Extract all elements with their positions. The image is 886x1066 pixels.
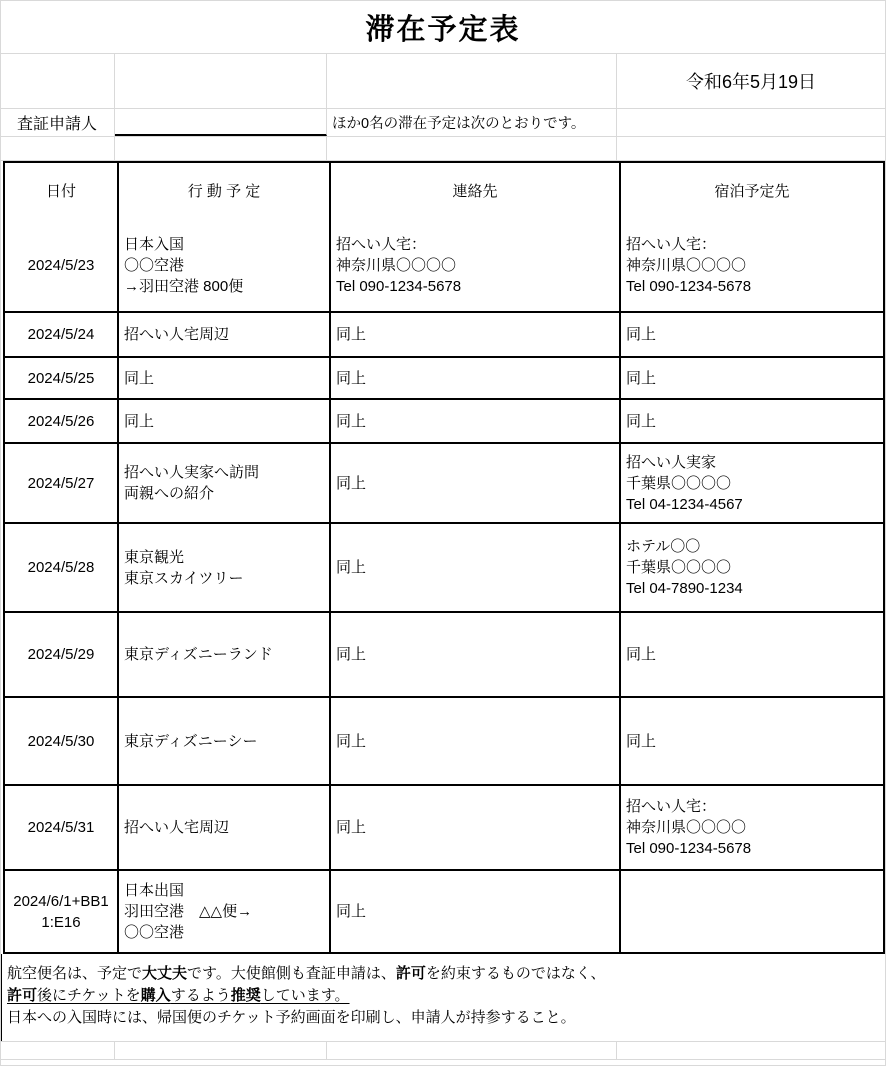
cell-stay: 招へい人宅：神奈川県〇〇〇〇Tel 090-1234-5678 bbox=[619, 786, 883, 869]
cell-line: 同上 bbox=[336, 324, 366, 345]
cell-line: 2024/5/31 bbox=[28, 817, 95, 838]
empty-cell bbox=[617, 1042, 885, 1059]
title-row: 滞在予定表 bbox=[1, 1, 885, 54]
footer-segment: 購入 bbox=[141, 987, 171, 1004]
empty-cell bbox=[327, 1042, 617, 1059]
cell-line: 同上 bbox=[626, 644, 656, 665]
cell-line: 同上 bbox=[124, 411, 154, 432]
cell-action: 東京ディズニーランド bbox=[117, 613, 329, 696]
table-row: 2024/5/30東京ディズニーシー同上同上 bbox=[5, 696, 883, 784]
applicant-name-field bbox=[115, 109, 327, 136]
empty-cell bbox=[327, 54, 617, 108]
table-header-row: 日付 行 動 予 定 連絡先 宿泊予定先 bbox=[5, 163, 883, 220]
table-row: 2024/5/28東京観光東京スカイツリー同上ホテル〇〇千葉県〇〇〇〇Tel 0… bbox=[5, 522, 883, 611]
table-row: 2024/5/24招へい人宅周辺同上同上 bbox=[5, 311, 883, 356]
cell-line: 2024/5/23 bbox=[28, 255, 95, 276]
cell-action: 日本出国羽田空港 △△便→〇〇空港 bbox=[117, 871, 329, 952]
footer-segment: 日本への入国時には、帰国便のチケット予約画面を印刷し、申請人が持参すること。 bbox=[7, 1009, 576, 1026]
cell-line: 同上 bbox=[336, 731, 366, 752]
cell-line: 同上 bbox=[124, 368, 154, 389]
cell-contact: 同上 bbox=[329, 313, 619, 356]
cell-stay: 同上 bbox=[619, 698, 883, 784]
cell-line: 2024/5/24 bbox=[28, 324, 95, 345]
cell-line: 東京スカイツリー bbox=[124, 568, 244, 589]
footer-segment: しています。 bbox=[261, 987, 350, 1004]
cell-action: 招へい人実家へ訪問両親への紹介 bbox=[117, 444, 329, 522]
table-row: 2024/5/27招へい人実家へ訪問両親への紹介同上招へい人実家千葉県〇〇〇〇T… bbox=[5, 442, 883, 522]
cell-line: 東京ディズニーシー bbox=[124, 731, 258, 752]
cell-line: 同上 bbox=[626, 411, 656, 432]
footer-line: 許可後にチケットを購入するよう推奨しています。 bbox=[7, 985, 881, 1007]
bottom-strip bbox=[1, 1041, 885, 1060]
footer-segment: するよう bbox=[171, 987, 231, 1004]
cell-contact: 同上 bbox=[329, 358, 619, 398]
cell-line: 神奈川県〇〇〇〇 bbox=[626, 817, 746, 838]
cell-line: 2024/5/28 bbox=[28, 557, 95, 578]
footer-segment: 後にチケットを bbox=[37, 987, 141, 1004]
cell-stay: 同上 bbox=[619, 400, 883, 442]
cell-line: 招へい人宅： bbox=[336, 234, 426, 255]
cell-line: 〇〇空港 bbox=[124, 255, 184, 276]
cell-date: 2024/5/24 bbox=[5, 313, 117, 356]
table-row: 2024/6/1+BB11:E16日本出国羽田空港 △△便→〇〇空港同上 bbox=[5, 869, 883, 952]
cell-line: Tel 090-1234-5678 bbox=[336, 276, 461, 297]
cell-stay: 招へい人実家千葉県〇〇〇〇Tel 04-1234-4567 bbox=[619, 444, 883, 522]
cell-action: 招へい人宅周辺 bbox=[117, 313, 329, 356]
cell-date: 2024/5/25 bbox=[5, 358, 117, 398]
empty-cell bbox=[1, 1042, 115, 1059]
cell-line: 同上 bbox=[626, 324, 656, 345]
cell-line: 招へい人宅周辺 bbox=[124, 817, 229, 838]
cell-line: 日本出国 bbox=[124, 880, 184, 901]
issue-date-row: 令和6年5月19日 bbox=[1, 54, 885, 109]
cell-date: 2024/5/27 bbox=[5, 444, 117, 522]
cell-date: 2024/5/28 bbox=[5, 524, 117, 611]
header-cell-contact: 連絡先 bbox=[329, 163, 619, 220]
table-row: 2024/5/26同上同上同上 bbox=[5, 398, 883, 442]
cell-stay: 同上 bbox=[619, 313, 883, 356]
cell-line: 同上 bbox=[626, 731, 656, 752]
cell-line: 〇〇空港 bbox=[124, 922, 184, 943]
cell-line: 同上 bbox=[336, 368, 366, 389]
empty-cell bbox=[115, 54, 327, 108]
cell-stay: ホテル〇〇千葉県〇〇〇〇Tel 04-7890-1234 bbox=[619, 524, 883, 611]
cell-line: 神奈川県〇〇〇〇 bbox=[626, 255, 746, 276]
cell-date: 2024/5/30 bbox=[5, 698, 117, 784]
footer-segment: 許可 bbox=[396, 965, 426, 982]
empty-cell bbox=[617, 109, 885, 136]
cell-line: 招へい人宅： bbox=[626, 234, 716, 255]
empty-cell bbox=[1, 54, 115, 108]
cell-contact: 招へい人宅：神奈川県〇〇〇〇Tel 090-1234-5678 bbox=[329, 220, 619, 311]
cell-date: 2024/5/29 bbox=[5, 613, 117, 696]
cell-stay bbox=[619, 871, 883, 952]
cell-contact: 同上 bbox=[329, 400, 619, 442]
applicant-row: 査証申請人 ほか0名の滞在予定は次のとおりです。 bbox=[1, 109, 885, 136]
footer-segment: 大丈夫 bbox=[142, 965, 187, 982]
cell-line: 2024/5/29 bbox=[28, 644, 95, 665]
footer-segment: 許可 bbox=[7, 987, 37, 1004]
cell-stay: 同上 bbox=[619, 613, 883, 696]
cell-date: 2024/5/26 bbox=[5, 400, 117, 442]
cell-contact: 同上 bbox=[329, 613, 619, 696]
cell-line: 同上 bbox=[336, 644, 366, 665]
table-row: 2024/5/25同上同上同上 bbox=[5, 356, 883, 398]
cell-line: 東京ディズニーランド bbox=[124, 644, 273, 665]
footer-segment: です。大使館側も査証申請は、 bbox=[187, 965, 396, 982]
empty-cell bbox=[115, 137, 327, 160]
issue-date: 令和6年5月19日 bbox=[617, 54, 885, 108]
schedule-table: 日付 行 動 予 定 連絡先 宿泊予定先 2024/5/23日本入国〇〇空港→羽… bbox=[3, 161, 885, 954]
applicant-label: 査証申請人 bbox=[1, 109, 115, 136]
cell-action: 同上 bbox=[117, 358, 329, 398]
cell-line: Tel 090-1234-5678 bbox=[626, 838, 751, 859]
footer-segment: 航空便名は、予定で bbox=[7, 965, 142, 982]
empty-cell bbox=[327, 137, 617, 160]
cell-line: 神奈川県〇〇〇〇 bbox=[336, 255, 456, 276]
cell-contact: 同上 bbox=[329, 444, 619, 522]
cell-line: 日本入国 bbox=[124, 234, 184, 255]
cell-line: 両親への紹介 bbox=[124, 483, 214, 504]
footer-segment: を約束するものではなく、 bbox=[426, 965, 606, 982]
footer-line: 航空便名は、予定で大丈夫です。大使館側も査証申請は、許可を約束するものではなく、 bbox=[7, 963, 881, 985]
header-cell-action: 行 動 予 定 bbox=[117, 163, 329, 220]
cell-date: 2024/5/31 bbox=[5, 786, 117, 869]
table-body: 2024/5/23日本入国〇〇空港→羽田空港 800便招へい人宅：神奈川県〇〇〇… bbox=[5, 220, 883, 952]
cell-line: Tel 090-1234-5678 bbox=[626, 276, 751, 297]
header-cell-stay: 宿泊予定先 bbox=[619, 163, 883, 220]
cell-line: 招へい人実家へ訪問 bbox=[124, 462, 259, 483]
cell-line: Tel 04-1234-4567 bbox=[626, 494, 743, 515]
cell-line: 2024/5/27 bbox=[28, 473, 95, 494]
cell-line: ホテル〇〇 bbox=[626, 536, 700, 557]
cell-contact: 同上 bbox=[329, 786, 619, 869]
cell-action: 同上 bbox=[117, 400, 329, 442]
cell-action: 東京ディズニーシー bbox=[117, 698, 329, 784]
empty-cell bbox=[115, 1042, 327, 1059]
cell-action: 日本入国〇〇空港→羽田空港 800便 bbox=[117, 220, 329, 311]
footer-segment: 推奨 bbox=[231, 987, 261, 1004]
cell-line: 同上 bbox=[336, 901, 366, 922]
cell-line: 2024/5/26 bbox=[28, 411, 95, 432]
cell-line: 同上 bbox=[336, 817, 366, 838]
spacer-row bbox=[1, 136, 885, 161]
cell-contact: 同上 bbox=[329, 698, 619, 784]
cell-line: 2024/6/1+BB1 bbox=[13, 891, 109, 912]
cell-line: 千葉県〇〇〇〇 bbox=[626, 473, 731, 494]
cell-contact: 同上 bbox=[329, 524, 619, 611]
table-row: 2024/5/23日本入国〇〇空港→羽田空港 800便招へい人宅：神奈川県〇〇〇… bbox=[5, 220, 883, 311]
cell-contact: 同上 bbox=[329, 871, 619, 952]
empty-cell bbox=[1, 137, 115, 160]
cell-date: 2024/5/23 bbox=[5, 220, 117, 311]
page-title: 滞在予定表 bbox=[365, 7, 520, 48]
header-cell-date: 日付 bbox=[5, 163, 117, 220]
cell-stay: 招へい人宅：神奈川県〇〇〇〇Tel 090-1234-5678 bbox=[619, 220, 883, 311]
cell-line: →羽田空港 800便 bbox=[124, 276, 243, 297]
cell-line: 羽田空港 △△便→ bbox=[124, 901, 252, 922]
cell-action: 招へい人宅周辺 bbox=[117, 786, 329, 869]
cell-line: 1:E16 bbox=[41, 912, 80, 933]
cell-line: Tel 04-7890-1234 bbox=[626, 578, 743, 599]
cell-line: 2024/5/30 bbox=[28, 731, 95, 752]
cell-line: 招へい人宅周辺 bbox=[124, 324, 229, 345]
stay-schedule-sheet: 滞在予定表 令和6年5月19日 査証申請人 ほか0名の滞在予定は次のとおりです。… bbox=[0, 0, 886, 1066]
applicant-note: ほか0名の滞在予定は次のとおりです。 bbox=[327, 109, 617, 136]
footer-line: 日本への入国時には、帰国便のチケット予約画面を印刷し、申請人が持参すること。 bbox=[7, 1007, 881, 1029]
cell-line: 同上 bbox=[336, 557, 366, 578]
footer-notes: 航空便名は、予定で大丈夫です。大使館側も査証申請は、許可を約束するものではなく、… bbox=[1, 954, 885, 1041]
cell-line: 同上 bbox=[626, 368, 656, 389]
cell-line: 東京観光 bbox=[124, 547, 184, 568]
cell-line: 同上 bbox=[336, 473, 366, 494]
cell-date: 2024/6/1+BB11:E16 bbox=[5, 871, 117, 952]
cell-line: 同上 bbox=[336, 411, 366, 432]
cell-line: 招へい人実家 bbox=[626, 452, 716, 473]
table-row: 2024/5/31招へい人宅周辺同上招へい人宅：神奈川県〇〇〇〇Tel 090-… bbox=[5, 784, 883, 869]
cell-action: 東京観光東京スカイツリー bbox=[117, 524, 329, 611]
table-row: 2024/5/29東京ディズニーランド同上同上 bbox=[5, 611, 883, 696]
empty-cell bbox=[617, 137, 885, 160]
cell-stay: 同上 bbox=[619, 358, 883, 398]
cell-line: 千葉県〇〇〇〇 bbox=[626, 557, 731, 578]
cell-line: 招へい人宅： bbox=[626, 796, 716, 817]
cell-line: 2024/5/25 bbox=[28, 368, 95, 389]
